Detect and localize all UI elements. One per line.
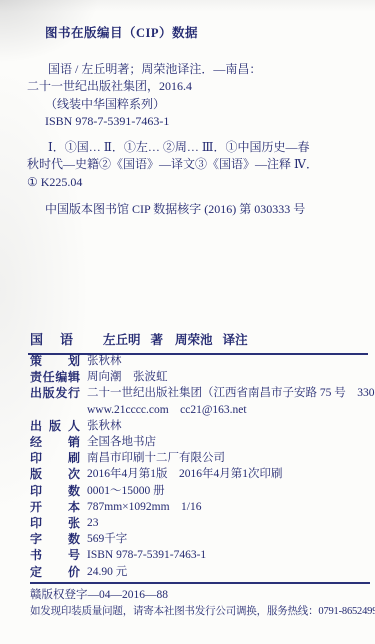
- colophon-label: 责任编辑: [30, 369, 80, 385]
- colophon-row-printer: 印 刷 南昌市印刷十二厂有限公司: [30, 450, 370, 466]
- colophon-value: 张秋林: [87, 353, 122, 369]
- cip-para-line: （线装中华国粹系列）: [45, 96, 369, 114]
- cip-classification-line: 秋时代—史籍②《国语》—译文③《国语》—注释 Ⅳ．: [27, 156, 369, 174]
- colophon-label: 出版发行: [30, 385, 80, 401]
- colophon-label: 印 张: [30, 515, 80, 531]
- colophon-value: 2016年4月第1版 2016年4月第1次印刷: [87, 466, 283, 482]
- colophon-label: 印 数: [30, 483, 80, 499]
- colophon-value: 全国各地书店: [87, 434, 156, 450]
- colophon-value: 787mm×1092mm 1/16: [87, 499, 201, 515]
- colophon-label: 经 销: [30, 434, 80, 450]
- colophon-row-format: 开 本 787mm×1092mm 1/16: [30, 499, 370, 515]
- book-isbn: ISBN 978-7-5391-7463-1: [87, 547, 206, 563]
- colophon-label: 书 号: [30, 547, 80, 563]
- book-author: 左丘明: [103, 330, 141, 348]
- colophon-value: 张秋林: [87, 418, 122, 434]
- colophon-label: 印 刷: [30, 450, 80, 466]
- translator-role-label: 译注: [223, 330, 248, 348]
- colophon-value: 569千字: [87, 531, 127, 547]
- colophon-row-website: www.21cccc.com cc21@163.net: [30, 402, 370, 418]
- colophon-row-isbn: 书 号 ISBN 978-7-5391-7463-1: [30, 547, 370, 563]
- colophon-value: 23: [87, 515, 99, 531]
- cip-para-line: 二十一世纪出版社集团，2016.4: [27, 78, 369, 96]
- colophon-row-price: 定 价 24.90 元: [30, 564, 370, 580]
- colophon-label: 版 次: [30, 466, 80, 482]
- colophon-label: 字 数: [30, 531, 80, 547]
- book-title: 国 语: [30, 329, 75, 348]
- colophon-label: 策 划: [30, 353, 80, 369]
- colophon-label: 定 价: [30, 564, 80, 580]
- cip-heading: 图书在版编目（CIP）数据: [45, 25, 369, 43]
- colophon-row-planner: 策 划 张秋林: [30, 353, 370, 369]
- cip-classification-line: ① K225.04: [27, 174, 369, 192]
- cip-para-line: 国语 / 左丘明著；周荣池译注．—南昌：: [48, 61, 369, 79]
- cip-record-number: 中国版本图书馆 CIP 数据核字 (2016) 第 030333 号: [45, 201, 369, 219]
- book-price: 24.90 元: [87, 564, 127, 580]
- cip-classification-line: Ⅰ．①国… Ⅱ．①左… ②周… Ⅲ．①中国历史—春: [48, 139, 369, 157]
- cip-block: 图书在版编目（CIP）数据 国语 / 左丘明著；周荣池译注．—南昌： 二十一世纪…: [0, 25, 369, 219]
- publisher-website: www.21cccc.com cc21@163.net: [87, 402, 247, 418]
- colophon-value: 0001～15000 册: [87, 483, 165, 499]
- colophon-table: 策 划 张秋林 责任编辑 周向潮 张波虹 出版发行 二十一世纪出版社集团（江西省…: [30, 353, 370, 584]
- colophon-label: 出 版 人: [30, 418, 80, 434]
- colophon-value: 南昌市印刷十二厂有限公司: [87, 450, 225, 466]
- colophon-label: [30, 402, 80, 418]
- quality-notice: 如发现印装质量问题，请寄本社图书发行公司调换，服务热线：0791-8652499…: [30, 603, 375, 618]
- cip-isbn-line: ISBN 978-7-5391-7463-1: [45, 113, 369, 131]
- colophon-row-publisher: 出版发行 二十一世纪出版社集团（江西省南昌市子安路 75 号 330009）: [30, 385, 370, 401]
- colophon-row-sheets: 印 张 23: [30, 515, 370, 531]
- colophon-value: 二十一世纪出版社集团（江西省南昌市子安路 75 号 330009）: [87, 385, 375, 401]
- book-title-bar: 国 语 左丘明 著 周荣池 译注: [28, 329, 368, 355]
- colophon-row-publisher-person: 出 版 人 张秋林: [30, 418, 370, 434]
- colophon-label: 开 本: [30, 499, 80, 515]
- copyright-registration-number: 赣版权登字—04—2016—88: [30, 586, 168, 602]
- colophon-row-editor: 责任编辑 周向潮 张波虹: [30, 369, 370, 385]
- colophon-row-print-run: 印 数 0001～15000 册: [30, 483, 370, 499]
- book-translator: 周荣池: [175, 330, 213, 348]
- colophon-row-distribution: 经 销 全国各地书店: [30, 434, 370, 450]
- author-role-label: 著: [151, 330, 164, 348]
- colophon-row-edition: 版 次 2016年4月第1版 2016年4月第1次印刷: [30, 466, 370, 482]
- colophon-value: 周向潮 张波虹: [87, 369, 168, 385]
- colophon-row-word-count: 字 数 569千字: [30, 531, 370, 547]
